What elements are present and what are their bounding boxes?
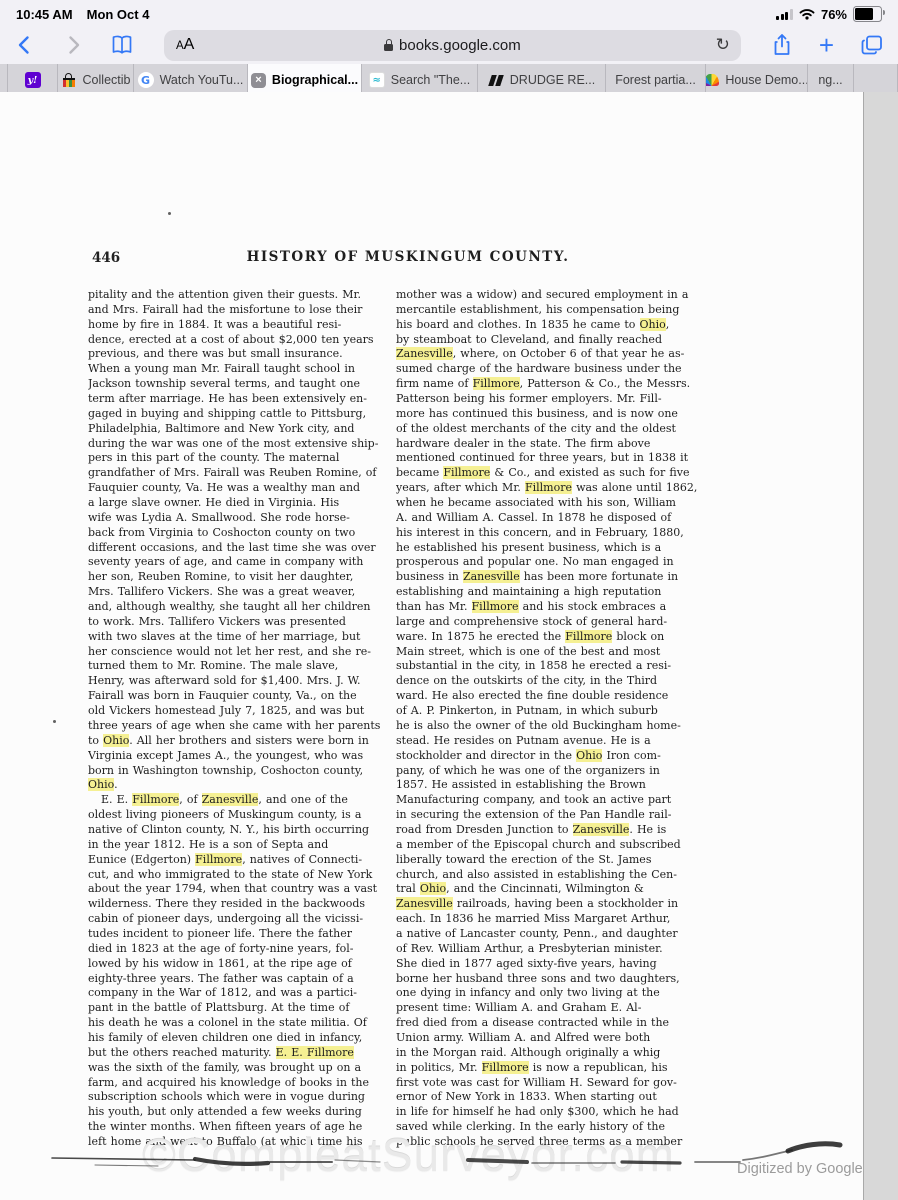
- text-line: ernor of New York in 1833. When starting…: [396, 1090, 730, 1105]
- text-line: sumed charge of the hardware business un…: [396, 362, 730, 377]
- text-line: in life for himself he had only $300, wh…: [396, 1105, 730, 1120]
- scan-speck: [53, 720, 56, 723]
- text-line: dence on the outskirts of the city, in t…: [396, 674, 730, 689]
- text-line: large and comprehensive stock of general…: [396, 615, 730, 630]
- book-page-scan: 446 HISTORY OF MUSKINGUM COUNTY. pitalit…: [0, 92, 863, 1200]
- text-line: farm, and acquired his knowledge of book…: [88, 1076, 396, 1091]
- text-line: Union army. William A. and Alfred were b…: [396, 1031, 730, 1046]
- search-highlight: Ohio: [420, 882, 446, 895]
- tab-label: Search "The...: [391, 73, 470, 87]
- text-line: previous, and there was but small insura…: [88, 347, 396, 362]
- text-line: more has continued this business, and is…: [396, 407, 730, 422]
- text-line: his board and clothes. In 1835 he came t…: [396, 318, 730, 333]
- text-line: Patterson being his former employers. Mr…: [396, 392, 730, 407]
- reload-button[interactable]: [716, 35, 730, 55]
- chevron-right-icon: [62, 34, 84, 56]
- text-line: She died in 1877 aged sixty-five years, …: [396, 957, 730, 972]
- drudge-icon: [488, 72, 504, 88]
- tabs-overview-button[interactable]: [860, 34, 884, 56]
- text-line: Fauquier county, Va. He was a wealthy ma…: [88, 481, 396, 496]
- search-highlight: Fillmore: [443, 466, 490, 479]
- text-column-left: pitality and the attention given their g…: [88, 288, 396, 1150]
- text-line: fred died from a disease contracted whil…: [396, 1016, 730, 1031]
- page-header: HISTORY OF MUSKINGUM COUNTY.: [88, 249, 728, 265]
- text-line: tral Ohio, and the Cincinnati, Wilmingto…: [396, 882, 730, 897]
- text-line: with two slaves at the time of her marri…: [88, 630, 396, 645]
- search-highlight: Fillmore: [482, 1061, 529, 1074]
- text-line: native of Clinton county, N. Y., his bir…: [88, 823, 396, 838]
- back-button[interactable]: [14, 34, 36, 56]
- text-line: first vote was cast for William H. Sewar…: [396, 1076, 730, 1091]
- search-highlight: E. E. Fillmore: [276, 1046, 354, 1059]
- text-line: prosperous and popular one. No man engag…: [396, 555, 730, 570]
- shopping-bag-icon: [61, 72, 77, 88]
- text-line: liberally toward the erection of the St.…: [396, 853, 730, 868]
- text-line: pany, of which he was one of the organiz…: [396, 764, 730, 779]
- yahoo-icon: [25, 72, 41, 88]
- page-edge-strip: [863, 92, 898, 1200]
- text-line: business in Zanesville has been more for…: [396, 570, 730, 585]
- text-line: a native of Lancaster county, Penn., and…: [396, 927, 730, 942]
- text-line: different occasions, and the last time s…: [88, 541, 396, 556]
- text-line: road from Dresden Junction to Zanesville…: [396, 823, 730, 838]
- battery-icon: [853, 6, 882, 22]
- text-line: her son, Reuben Romine, to visit her dau…: [88, 570, 396, 585]
- text-line: Manufacturing company, and took an activ…: [396, 793, 730, 808]
- text-line: substantial in the city, in 1858 he erec…: [396, 659, 730, 674]
- search-highlight: Fillmore: [525, 481, 572, 494]
- live-icon: [369, 72, 385, 88]
- close-icon[interactable]: [251, 73, 266, 88]
- tab-label: ng...: [818, 73, 842, 87]
- text-line: wife was Lydia A. Smallwood. She rode ho…: [88, 511, 396, 526]
- text-line: firm name of Fillmore, Patterson & Co., …: [396, 377, 730, 392]
- text-line: wilderness. There they resided in the ba…: [88, 897, 396, 912]
- text-line: hardware dealer in the state. The firm a…: [396, 437, 730, 452]
- search-highlight: Zanesville: [202, 793, 259, 806]
- text-line: his interest in this concern, and in Feb…: [396, 526, 730, 541]
- text-line: was the sixth of the family, was brought…: [88, 1061, 396, 1076]
- battery-percent: 76%: [821, 7, 847, 22]
- search-highlight: Zanesville: [573, 823, 630, 836]
- text-line: in the Morgan raid. Although originally …: [396, 1046, 730, 1061]
- text-line: became Fillmore & Co., and existed as su…: [396, 466, 730, 481]
- text-line: his death he was a colonel in the state …: [88, 1016, 396, 1031]
- text-line: E. E. Fillmore, of Zanesville, and one o…: [88, 793, 396, 808]
- status-bar: 10:45 AM Mon Oct 4 76%: [0, 0, 898, 26]
- google-icon: [138, 72, 154, 88]
- tabs-icon: [860, 34, 884, 56]
- text-line: oldest living pioneers of Muskingum coun…: [88, 808, 396, 823]
- text-line: during the war was one of the most exten…: [88, 437, 396, 452]
- text-line: home by fire in 1884. It was a beautiful…: [88, 318, 396, 333]
- share-icon: [771, 33, 793, 57]
- text-line: back from Virginia to Coshocton county o…: [88, 526, 396, 541]
- text-line: Eunice (Edgerton) Fillmore, natives of C…: [88, 853, 396, 868]
- text-line: pant in the battle of Plattsburg. At the…: [88, 1001, 396, 1016]
- text-line: he is also the owner of the old Buckingh…: [396, 719, 730, 734]
- search-highlight: Fillmore: [472, 600, 519, 613]
- text-line: old Vickers homestead July 7, 1825, and …: [88, 704, 396, 719]
- nbc-icon: [706, 74, 719, 86]
- text-line: Main street, which is one of the best an…: [396, 645, 730, 660]
- cellular-signal-icon: [776, 9, 793, 20]
- status-date: Mon Oct 4: [87, 7, 150, 22]
- tab-label: Collectib: [83, 73, 131, 87]
- text-line: Mrs. Tallifero Vickers. She was a great …: [88, 585, 396, 600]
- text-line: tudes incident to pioneer life. There th…: [88, 927, 396, 942]
- text-line: in politics, Mr. Fillmore is now a repub…: [396, 1061, 730, 1076]
- text-line: When a young man Mr. Fairall taught scho…: [88, 362, 396, 377]
- text-line: Philadelphia, Baltimore and New York cit…: [88, 422, 396, 437]
- text-line: term after marriage. He has been extensi…: [88, 392, 396, 407]
- url-text: books.google.com: [399, 37, 521, 54]
- text-line: and, although wealthy, she taught all he…: [88, 600, 396, 615]
- text-line: mentioned continued for three years, but…: [396, 451, 730, 466]
- text-line: 1857. He assisted in establishing the Br…: [396, 778, 730, 793]
- text-line: gaged in buying and shipping cattle to P…: [88, 407, 396, 422]
- book-icon: [110, 34, 134, 56]
- text-line: mother was a widow) and secured employme…: [396, 288, 730, 303]
- search-highlight: Fillmore: [195, 853, 242, 866]
- text-line: his family of eleven children one died i…: [88, 1031, 396, 1046]
- tab-label: DRUDGE RE...: [510, 73, 595, 87]
- text-line: Virginia except James A., the youngest, …: [88, 749, 396, 764]
- text-line: his youth, but only attended a few weeks…: [88, 1105, 396, 1120]
- text-line: to work. Mrs. Tallifero Vickers was pres…: [88, 615, 396, 630]
- text-column-right: mother was a widow) and secured employme…: [396, 288, 730, 1150]
- text-line: about the year 1794, when that country w…: [88, 882, 396, 897]
- text-line: to Ohio. All her brothers and sisters we…: [88, 734, 396, 749]
- text-line: present time: William A. and Graham E. A…: [396, 1001, 730, 1016]
- address-bar[interactable]: AA books.google.com: [164, 30, 741, 61]
- text-line: Jackson township several terms, and taug…: [88, 377, 396, 392]
- text-line: died in 1823 at the age of forty-nine ye…: [88, 942, 396, 957]
- text-line: Henry, was afterward sold for $1,400. Mr…: [88, 674, 396, 689]
- status-time: 10:45 AM: [16, 7, 73, 22]
- search-highlight: Zanesville: [396, 897, 453, 910]
- text-line: company in the War of 1812, and was a pa…: [88, 986, 396, 1001]
- search-highlight: Fillmore: [473, 377, 520, 390]
- text-line: borne her husband three sons and two dau…: [396, 972, 730, 987]
- text-line: Zanesville, where, on October 6 of that …: [396, 347, 730, 362]
- wifi-icon: [799, 8, 815, 20]
- text-line: than has Mr. Fillmore and his stock embr…: [396, 600, 730, 615]
- tab-label: Forest partia...: [615, 73, 696, 87]
- text-line: stead. He resides on Putnam avenue. He i…: [396, 734, 730, 749]
- text-line: by steamboat to Cleveland, and finally r…: [396, 333, 730, 348]
- search-highlight: Ohio: [103, 734, 129, 747]
- text-line: turned them to Mr. Romine. The male slav…: [88, 659, 396, 674]
- text-line: years, after which Mr. Fillmore was alon…: [396, 481, 730, 496]
- text-line: A. and William A. Cassel. In 1878 he dis…: [396, 511, 730, 526]
- share-button[interactable]: [771, 33, 793, 57]
- chevron-left-icon: [14, 34, 36, 56]
- text-line: church, and also assisted in establishin…: [396, 868, 730, 883]
- text-line: of Rev. William Arthur, a Presbyterian m…: [396, 942, 730, 957]
- lock-icon: [384, 44, 393, 51]
- search-highlight: Fillmore: [565, 630, 612, 643]
- text-line: he established his present business, whi…: [396, 541, 730, 556]
- text-line: born in Washington township, Coshocton c…: [88, 764, 396, 779]
- text-line: seventy years of age, and came in compan…: [88, 555, 396, 570]
- tab-label: Biographical...: [272, 73, 358, 87]
- search-highlight: Ohio: [640, 318, 666, 331]
- forward-button[interactable]: [62, 34, 84, 56]
- text-line: cut, and who immigrated to the state of …: [88, 868, 396, 883]
- digitized-by-google: Digitized by Google: [737, 1161, 863, 1177]
- bookmarks-button[interactable]: [110, 34, 134, 56]
- text-line: Fairall was born in Fauquier county, Va.…: [88, 689, 396, 704]
- text-line: ward. He also erected the fine double re…: [396, 689, 730, 704]
- text-line: dence, erected at a cost of about $2,000…: [88, 333, 396, 348]
- text-line: three years of age when she came with he…: [88, 719, 396, 734]
- tab-label: House Demo...: [725, 73, 808, 87]
- text-line: mercantile establishment, his compensati…: [396, 303, 730, 318]
- text-line: each. In 1836 he married Miss Margaret A…: [396, 912, 730, 927]
- text-line: of the oldest merchants of the city and …: [396, 422, 730, 437]
- text-line: of A. P. Pinkerton, in Putnam, in which …: [396, 704, 730, 719]
- text-line: ware. In 1875 he erected the Fillmore bl…: [396, 630, 730, 645]
- search-highlight: Zanesville: [463, 570, 520, 583]
- new-tab-button[interactable]: [819, 35, 834, 55]
- text-line: but the others reached maturity. E. E. F…: [88, 1046, 396, 1061]
- text-line: eighty-three years. The father was capta…: [88, 972, 396, 987]
- text-line: a large slave owner. He died in Virginia…: [88, 496, 396, 511]
- scan-speck: [168, 212, 171, 215]
- text-line: when he became associated with his son, …: [396, 496, 730, 511]
- text-line: pers in this part of the county. The mat…: [88, 451, 396, 466]
- safari-toolbar: AA books.google.com: [0, 26, 898, 64]
- text-line: grandfather of Mrs. Fairall was Reuben R…: [88, 466, 396, 481]
- text-line: one dying in infancy and only two living…: [396, 986, 730, 1001]
- search-highlight: Zanesville: [396, 347, 453, 360]
- text-line: pitality and the attention given their g…: [88, 288, 396, 303]
- text-line: Zanesville railroads, having been a stoc…: [396, 897, 730, 912]
- search-highlight: Fillmore: [132, 793, 179, 806]
- text-line: her conscience would not let her rest, a…: [88, 645, 396, 660]
- text-line: subscription schools which were in vogue…: [88, 1090, 396, 1105]
- text-line: stockholder and director in the Ohio Iro…: [396, 749, 730, 764]
- tab-label: Watch YouTu...: [160, 73, 244, 87]
- search-highlight: Ohio: [88, 778, 114, 791]
- text-line: in the year 1812. He is a son of Septa a…: [88, 838, 396, 853]
- text-line: cabin of pioneer days, undergoing all th…: [88, 912, 396, 927]
- text-line: and Mrs. Fairall had the misfortune to l…: [88, 303, 396, 318]
- text-line: Ohio.: [88, 778, 396, 793]
- text-line: in securing the extension of the Pan Han…: [396, 808, 730, 823]
- search-highlight: Ohio: [576, 749, 602, 762]
- text-line: establishing and maintaining a high repu…: [396, 585, 730, 600]
- text-line: lowed by his widow in 1861, at the ripe …: [88, 957, 396, 972]
- text-line: a member of the Episcopal church and sub…: [396, 838, 730, 853]
